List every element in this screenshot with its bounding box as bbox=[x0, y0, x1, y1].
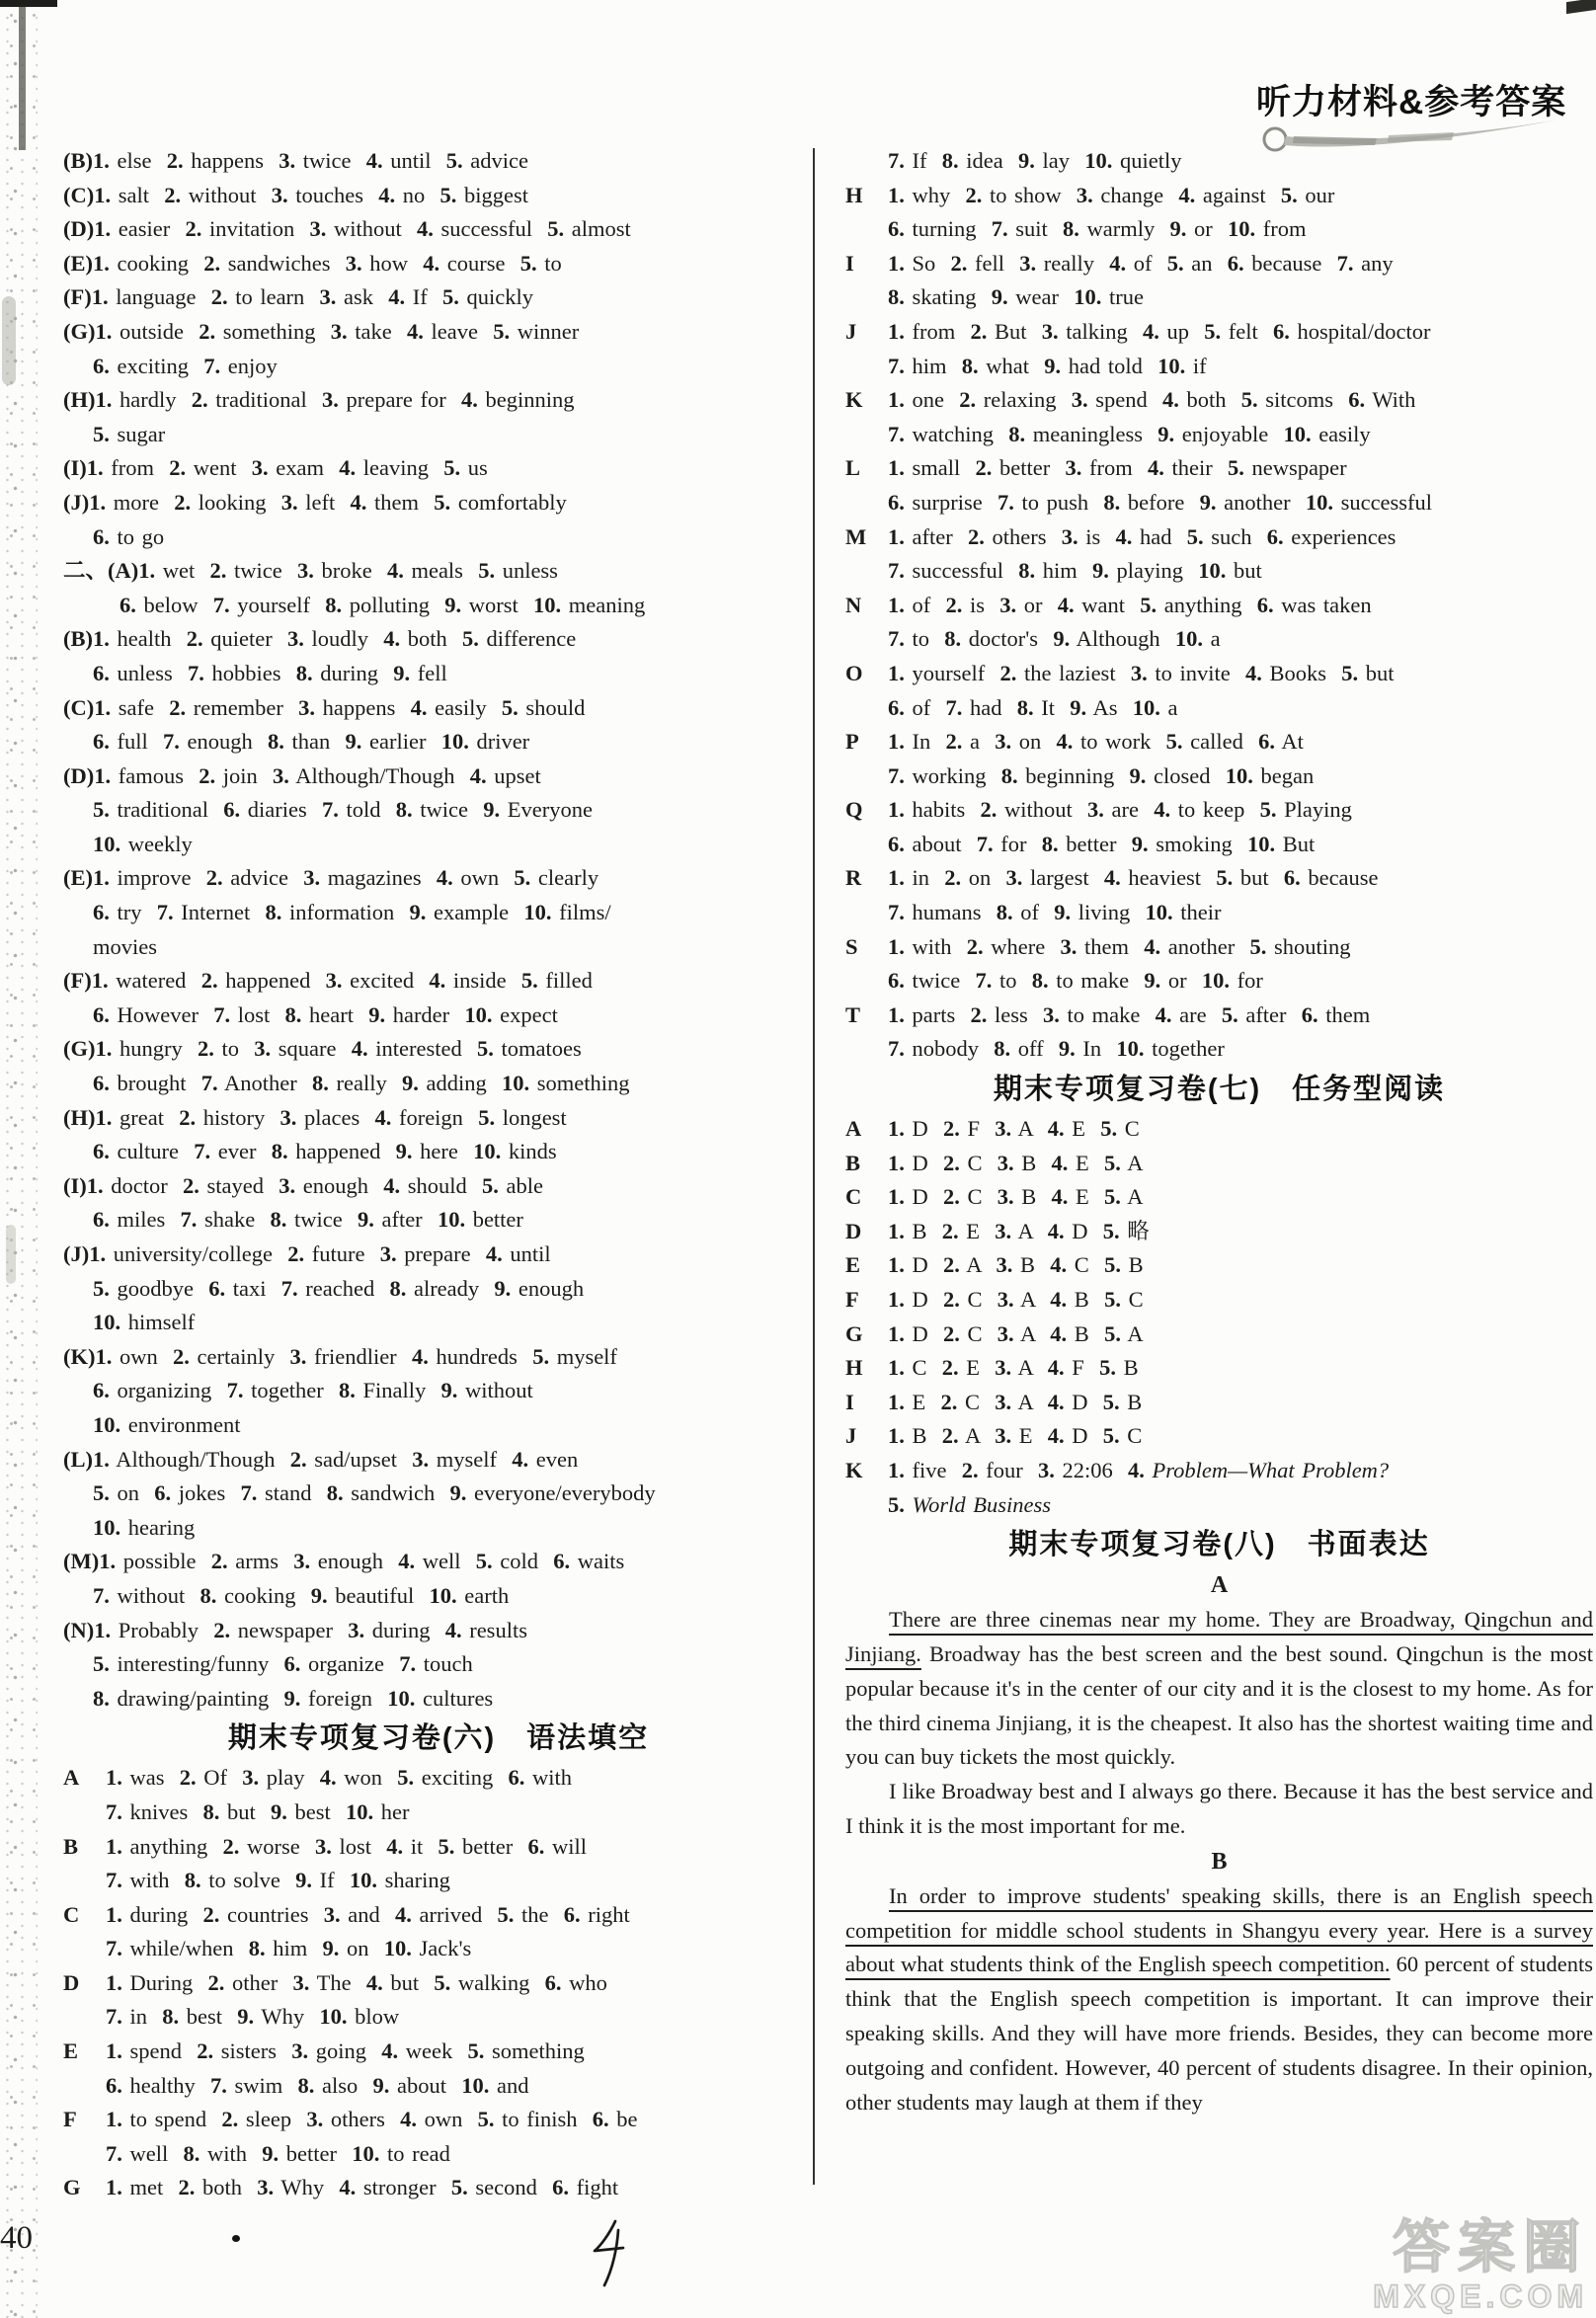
scan-corner-mark bbox=[0, 0, 57, 7]
scan-smudge bbox=[2, 296, 16, 385]
answer-line: O1. yourself 2. the laziest 3. to invite… bbox=[845, 657, 1593, 691]
scan-edge-line bbox=[19, 0, 26, 150]
answer-line: 6. However 7. lost 8. heart 9. harder 10… bbox=[63, 999, 814, 1033]
answer-line: A1. was 2. Of 3. play 4. won 5. exciting… bbox=[63, 1761, 814, 1796]
answer-line: 5. traditional 6. diaries 7. told 8. twi… bbox=[63, 793, 814, 828]
answer-line: 7. well 8. with 9. better 10. to read bbox=[63, 2137, 814, 2172]
answer-line: (L)1. Although/Though 2. sad/upset 3. my… bbox=[63, 1443, 814, 1478]
answer-line: 7. watching 8. meaningless 9. enjoyable … bbox=[845, 418, 1593, 452]
answer-line: 6. healthy 7. swim 8. also 9. about 10. … bbox=[63, 2069, 814, 2104]
answer-line: (K)1. own 2. certainly 3. friendlier 4. … bbox=[63, 1340, 814, 1375]
answer-line: 7. without 8. cooking 9. beautiful 10. e… bbox=[63, 1579, 814, 1614]
answer-line: (D)1. easier 2. invitation 3. without 4.… bbox=[63, 212, 814, 247]
answer-line: 6. culture 7. ever 8. happened 9. here 1… bbox=[63, 1135, 814, 1169]
answer-line: (E)1. improve 2. advice 3. magazines 4. … bbox=[63, 861, 814, 896]
answer-line: 7. If 8. idea 9. lay 10. quietly bbox=[845, 144, 1593, 179]
section-title: 期末专项复习卷(八) 书面表达 bbox=[845, 1522, 1593, 1567]
answer-line: J1. from 2. But 3. talking 4. up 5. felt… bbox=[845, 315, 1593, 350]
answer-line: 7. while/when 8. him 9. on 10. Jack's bbox=[63, 1932, 814, 1966]
answer-line: (H)1. great 2. history 3. places 4. fore… bbox=[63, 1101, 814, 1136]
answer-line: (J)1. more 2. looking 3. left 4. them 5.… bbox=[63, 486, 814, 520]
answer-line: E1. D 2. A 3. B 4. C 5. B bbox=[845, 1248, 1593, 1283]
answer-line: 10. environment bbox=[63, 1408, 814, 1443]
scanned-answer-page: { "header": { "title": "听力材料&参考答案" }, "f… bbox=[0, 0, 1596, 2318]
answer-line: 6. surprise 7. to push 8. before 9. anot… bbox=[845, 486, 1593, 520]
answer-line: G1. met 2. both 3. Why 4. stronger 5. se… bbox=[63, 2171, 814, 2205]
answer-line: 5. on 6. jokes 7. stand 8. sandwich 9. e… bbox=[63, 1477, 814, 1511]
answer-line: (F)1. language 2. to learn 3. ask 4. If … bbox=[63, 280, 814, 315]
answer-line: 10. hearing bbox=[63, 1511, 814, 1546]
right-column: 7. If 8. idea 9. lay 10. quietlyH1. why … bbox=[845, 144, 1593, 2119]
answer-line: B1. anything 2. worse 3. lost 4. it 5. b… bbox=[63, 1830, 814, 1865]
answer-line: I1. So 2. fell 3. really 4. of 5. an 6. … bbox=[845, 247, 1593, 281]
answer-line: 5. interesting/funny 6. organize 7. touc… bbox=[63, 1647, 814, 1682]
answer-line: (C)1. safe 2. remember 3. happens 4. eas… bbox=[63, 691, 814, 726]
answer-line: 6. below 7. yourself 8. polluting 9. wor… bbox=[63, 589, 814, 623]
answer-line: (E)1. cooking 2. sandwiches 3. how 4. co… bbox=[63, 247, 814, 281]
answer-line: L1. small 2. better 3. from 4. their 5. … bbox=[845, 451, 1593, 486]
answer-line: I1. E 2. C 3. A 4. D 5. B bbox=[845, 1386, 1593, 1420]
paragraph: There are three cinemas near my home. Th… bbox=[845, 1603, 1593, 1775]
answer-line: F1. D 2. C 3. A 4. B 5. C bbox=[845, 1283, 1593, 1318]
answer-line: G1. D 2. C 3. A 4. B 5. A bbox=[845, 1318, 1593, 1352]
answer-line: (G)1. outside 2. something 3. take 4. le… bbox=[63, 315, 814, 350]
answer-line: 6. about 7. for 8. better 9. smoking 10.… bbox=[845, 828, 1593, 862]
page-number: 40 bbox=[0, 2220, 33, 2257]
answer-line: 6. exciting 7. enjoy bbox=[63, 350, 814, 384]
answer-line: M1. after 2. others 3. is 4. had 5. such… bbox=[845, 520, 1593, 555]
answer-line: D1. During 2. other 3. The 4. but 5. wal… bbox=[63, 1966, 814, 2001]
answer-line: 7. to 8. doctor's 9. Although 10. a bbox=[845, 622, 1593, 657]
answer-line: H1. why 2. to show 3. change 4. against … bbox=[845, 179, 1593, 213]
answer-line: J1. B 2. A 3. E 4. D 5. C bbox=[845, 1419, 1593, 1454]
answer-line: movies bbox=[63, 930, 814, 965]
answer-line: (H)1. hardly 2. traditional 3. prepare f… bbox=[63, 383, 814, 418]
scan-corner-mark bbox=[1566, 0, 1596, 14]
answer-line: 6. try 7. Internet 8. information 9. exa… bbox=[63, 896, 814, 930]
answer-line: 8. skating 9. wear 10. true bbox=[845, 280, 1593, 315]
answer-line: 6. miles 7. shake 8. twice 9. after 10. … bbox=[63, 1203, 814, 1238]
answer-line: 二、(A)1. wet 2. twice 3. broke 4. meals 5… bbox=[63, 554, 814, 589]
site-watermark: 答案圈 MXQE.COM bbox=[1373, 2218, 1588, 2315]
answer-line: C1. during 2. countries 3. and 4. arrive… bbox=[63, 1898, 814, 1933]
answer-line: D1. B 2. E 3. A 4. D 5. 略 bbox=[845, 1215, 1593, 1249]
page-title: 听力材料&参考答案 bbox=[1256, 75, 1566, 124]
paragraph: In order to improve students' speaking s… bbox=[845, 1879, 1593, 2120]
answer-line: (M)1. possible 2. arms 3. enough 4. well… bbox=[63, 1545, 814, 1579]
answer-line: 10. weekly bbox=[63, 828, 814, 862]
answer-line: (D)1. famous 2. join 3. Although/Though … bbox=[63, 759, 814, 794]
answer-line: (I)1. from 2. went 3. exam 4. leaving 5.… bbox=[63, 451, 814, 486]
answer-line: E1. spend 2. sisters 3. going 4. week 5.… bbox=[63, 2035, 814, 2069]
answer-line: (J)1. university/college 2. future 3. pr… bbox=[63, 1238, 814, 1272]
section-letter: B bbox=[845, 1844, 1593, 1879]
section-title: 期末专项复习卷(七) 任务型阅读 bbox=[845, 1067, 1593, 1112]
answer-line: H1. C 2. E 3. A 4. F 5. B bbox=[845, 1351, 1593, 1386]
answer-line: 5. sugar bbox=[63, 418, 814, 452]
pen-dot-mark bbox=[232, 2235, 240, 2242]
answer-line: C1. D 2. C 3. B 4. E 5. A bbox=[845, 1180, 1593, 1215]
left-column: (B)1. else 2. happens 3. twice 4. until … bbox=[63, 144, 814, 2205]
answer-line: R1. in 2. on 3. largest 4. heaviest 5. b… bbox=[845, 861, 1593, 896]
answer-line: (N)1. Probably 2. newspaper 3. during 4.… bbox=[63, 1614, 814, 1648]
handwritten-grade-mark bbox=[591, 2218, 636, 2296]
paragraph: I like Broadway best and I always go the… bbox=[845, 1775, 1593, 1844]
answer-line: B1. D 2. C 3. B 4. E 5. A bbox=[845, 1147, 1593, 1181]
answer-line: 10. himself bbox=[63, 1306, 814, 1340]
answer-line: 7. with 8. to solve 9. If 10. sharing bbox=[63, 1864, 814, 1898]
answer-line: 6. turning 7. suit 8. warmly 9. or 10. f… bbox=[845, 212, 1593, 247]
answer-line: S1. with 2. where 3. them 4. another 5. … bbox=[845, 930, 1593, 965]
answer-line: 7. nobody 8. off 9. In 10. together bbox=[845, 1032, 1593, 1067]
section-letter: A bbox=[845, 1567, 1593, 1603]
answer-line: 7. in 8. best 9. Why 10. blow bbox=[63, 2000, 814, 2035]
answer-line: K1. one 2. relaxing 3. spend 4. both 5. … bbox=[845, 383, 1593, 418]
scan-smudge bbox=[6, 1225, 16, 1284]
answer-line: 5. goodbye 6. taxi 7. reached 8. already… bbox=[63, 1272, 814, 1307]
answer-line: Q1. habits 2. without 3. are 4. to keep … bbox=[845, 793, 1593, 828]
answer-line: 6. of 7. had 8. It 9. As 10. a bbox=[845, 691, 1593, 726]
answer-line: 6. twice 7. to 8. to make 9. or 10. for bbox=[845, 964, 1593, 999]
answer-line: 6. unless 7. hobbies 8. during 9. fell bbox=[63, 657, 814, 691]
answer-line: A1. D 2. F 3. A 4. E 5. C bbox=[845, 1112, 1593, 1147]
answer-line: 7. him 8. what 9. had told 10. if bbox=[845, 350, 1593, 384]
watermark-domain-text: MXQE.COM bbox=[1373, 2278, 1588, 2315]
answer-line: K1. five 2. four 3. 22:06 4. Problem—Wha… bbox=[845, 1454, 1593, 1488]
answer-line: N1. of 2. is 3. or 4. want 5. anything 6… bbox=[845, 589, 1593, 623]
answer-line: 7. knives 8. but 9. best 10. her bbox=[63, 1796, 814, 1830]
answer-line: 7. successful 8. him 9. playing 10. but bbox=[845, 554, 1593, 589]
answer-line: 5. World Business bbox=[845, 1488, 1593, 1523]
answer-line: (B)1. else 2. happens 3. twice 4. until … bbox=[63, 144, 814, 179]
answer-line: 7. humans 8. of 9. living 10. their bbox=[845, 896, 1593, 930]
answer-line: 6. brought 7. Another 8. really 9. addin… bbox=[63, 1067, 814, 1101]
answer-line: 8. drawing/painting 9. foreign 10. cultu… bbox=[63, 1682, 814, 1717]
answer-line: P1. In 2. a 3. on 4. to work 5. called 6… bbox=[845, 725, 1593, 759]
answer-line: F1. to spend 2. sleep 3. others 4. own 5… bbox=[63, 2103, 814, 2137]
watermark-logo-text: 答案圈 bbox=[1373, 2218, 1588, 2278]
answer-line: (G)1. hungry 2. to 3. square 4. interest… bbox=[63, 1032, 814, 1067]
section-title: 期末专项复习卷(六) 语法填空 bbox=[63, 1716, 814, 1761]
answer-line: (B)1. health 2. quieter 3. loudly 4. bot… bbox=[63, 622, 814, 657]
answer-line: (F)1. watered 2. happened 3. excited 4. … bbox=[63, 964, 814, 999]
answer-line: 6. to go bbox=[63, 520, 814, 555]
answer-line: 6. full 7. enough 8. than 9. earlier 10.… bbox=[63, 725, 814, 759]
answer-line: (I)1. doctor 2. stayed 3. enough 4. shou… bbox=[63, 1169, 814, 1204]
answer-line: (C)1. salt 2. without 3. touches 4. no 5… bbox=[63, 179, 814, 213]
answer-line: T1. parts 2. less 3. to make 4. are 5. a… bbox=[845, 999, 1593, 1033]
answer-line: 6. organizing 7. together 8. Finally 9. … bbox=[63, 1374, 814, 1408]
answer-line: 7. working 8. beginning 9. closed 10. be… bbox=[845, 759, 1593, 794]
